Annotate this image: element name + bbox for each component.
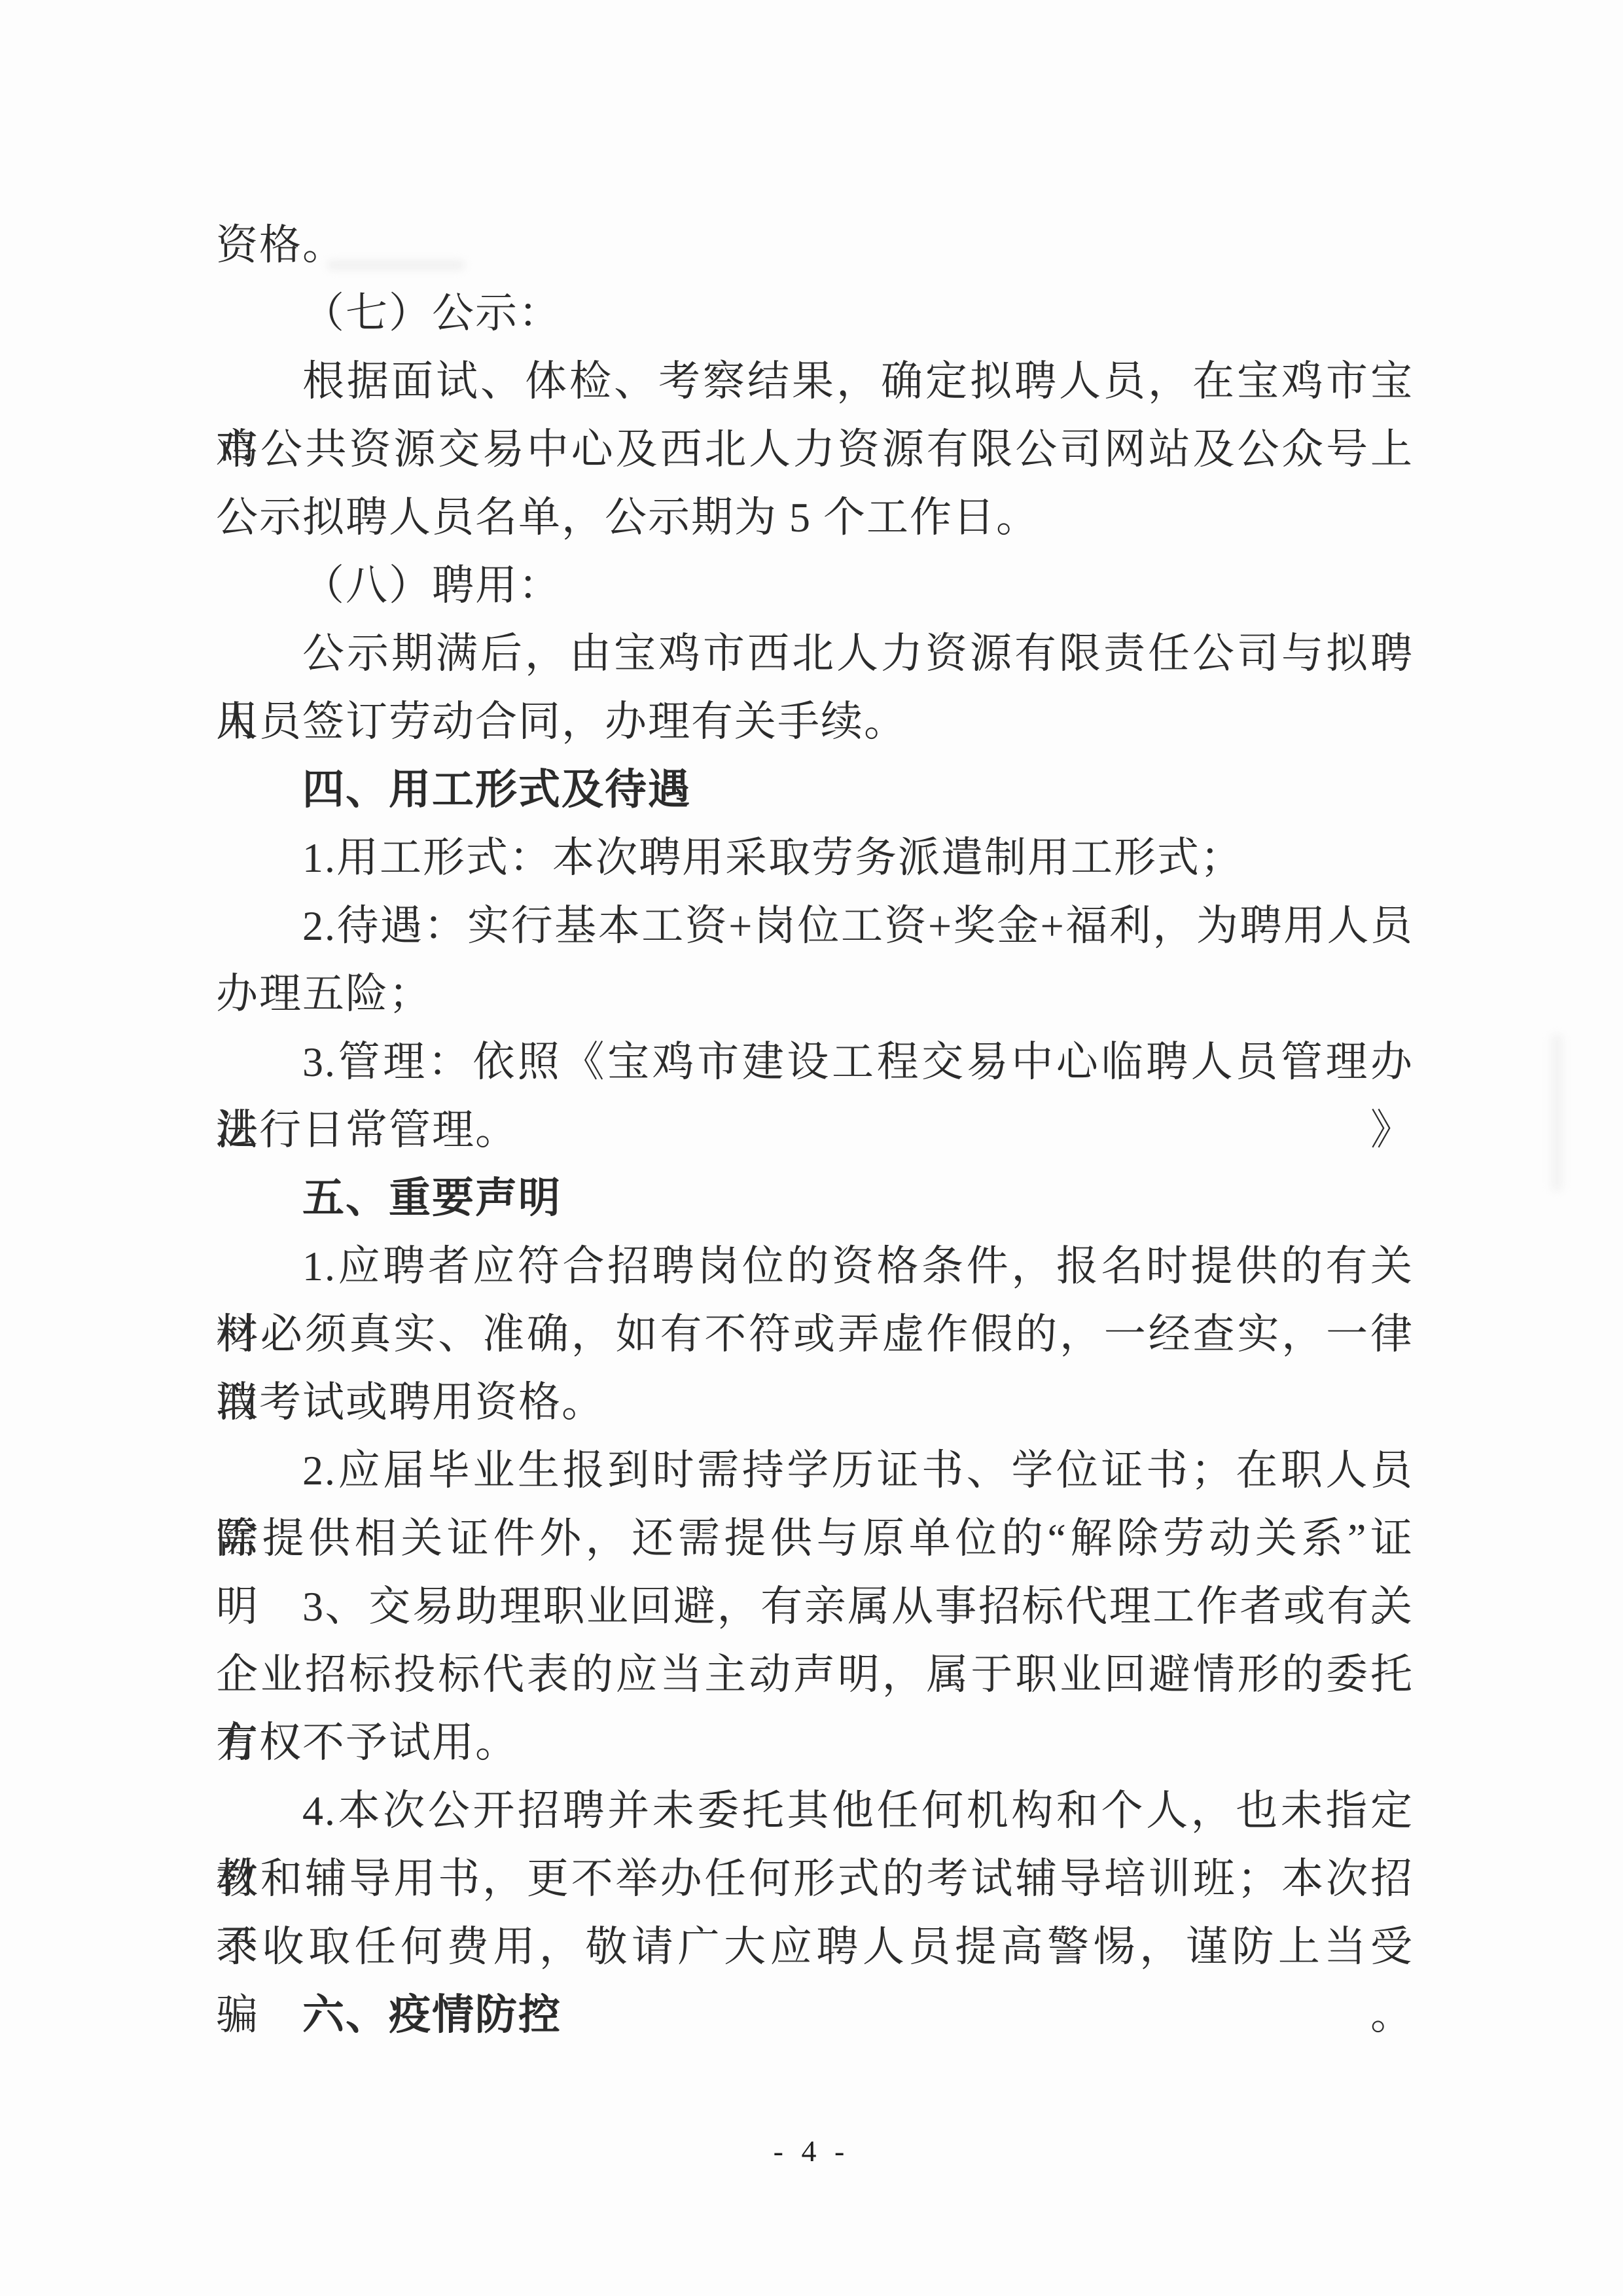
doc-line: 3.管理：依照《宝鸡市建设工程交易中心临聘人员管理办法》 [216, 1028, 1414, 1096]
doc-line: 3、交易助理职业回避，有亲属从事招标代理工作者或有关 [216, 1573, 1414, 1641]
doc-line: 料必须真实、准确，如有不符或弄虚作假的，一经查实，一律取 [216, 1300, 1414, 1369]
doc-line: 市公共资源交易中心及西北人力资源有限公司网站及公众号上 [216, 416, 1414, 484]
doc-line: 1.用工形式：本次聘用采取劳务派遣制用工形式； [216, 824, 1414, 892]
subheading-gongshi: （七）公示： [216, 279, 1414, 348]
doc-line: 需提供相关证件外，还需提供与原单位的“解除劳动关系”证明。 [216, 1505, 1414, 1573]
document-body: 资格。 （七）公示： 根据面试、体检、考察结果，确定拟聘人员，在宝鸡市宝鸡 市公… [216, 211, 1414, 2049]
doc-line: 公示拟聘人员名单，公示期为 5 个工作日。 [216, 484, 1414, 552]
subheading-pinyong: （八）聘用： [216, 552, 1414, 620]
doc-line: 企业招标投标代表的应当主动声明，属于职业回避情形的委托方 [216, 1641, 1414, 1709]
doc-line: 1.应聘者应符合招聘岗位的资格条件，报名时提供的有关材 [216, 1232, 1414, 1300]
doc-line: 有权不予试用。 [216, 1709, 1414, 1777]
doc-line: 材和辅导用书，更不举办任何形式的考试辅导培训班；本次招录 [216, 1845, 1414, 1913]
doc-line-carryover: 资格。 [216, 211, 1414, 279]
heading-section-4: 四、用工形式及待遇 [216, 756, 1414, 824]
doc-line: 公示期满后，由宝鸡市西北人力资源有限责任公司与拟聘用 [216, 620, 1414, 688]
document-page: 资格。 （七）公示： 根据面试、体检、考察结果，确定拟聘人员，在宝鸡市宝鸡 市公… [0, 0, 1623, 2296]
doc-line: 2.应届毕业生报到时需持学历证书、学位证书；在职人员除 [216, 1437, 1414, 1505]
doc-line: 2.待遇：实行基本工资+岗位工资+奖金+福利，为聘用人员 [216, 892, 1414, 960]
page-number: - 4 - [0, 2128, 1623, 2174]
doc-line: 办理五险； [216, 960, 1414, 1028]
heading-section-5: 五、重要声明 [216, 1164, 1414, 1232]
doc-line: 消考试或聘用资格。 [216, 1369, 1414, 1437]
doc-line: 根据面试、体检、考察结果，确定拟聘人员，在宝鸡市宝鸡 [216, 348, 1414, 416]
scan-artifact [1551, 1034, 1563, 1191]
doc-line: 不收取任何费用，敬请广大应聘人员提高警惕，谨防上当受骗。 [216, 1913, 1414, 1981]
doc-line: 4.本次公开招聘并未委托其他任何机构和个人，也未指定教 [216, 1777, 1414, 1845]
doc-line: 人员签订劳动合同，办理有关手续。 [216, 688, 1414, 756]
